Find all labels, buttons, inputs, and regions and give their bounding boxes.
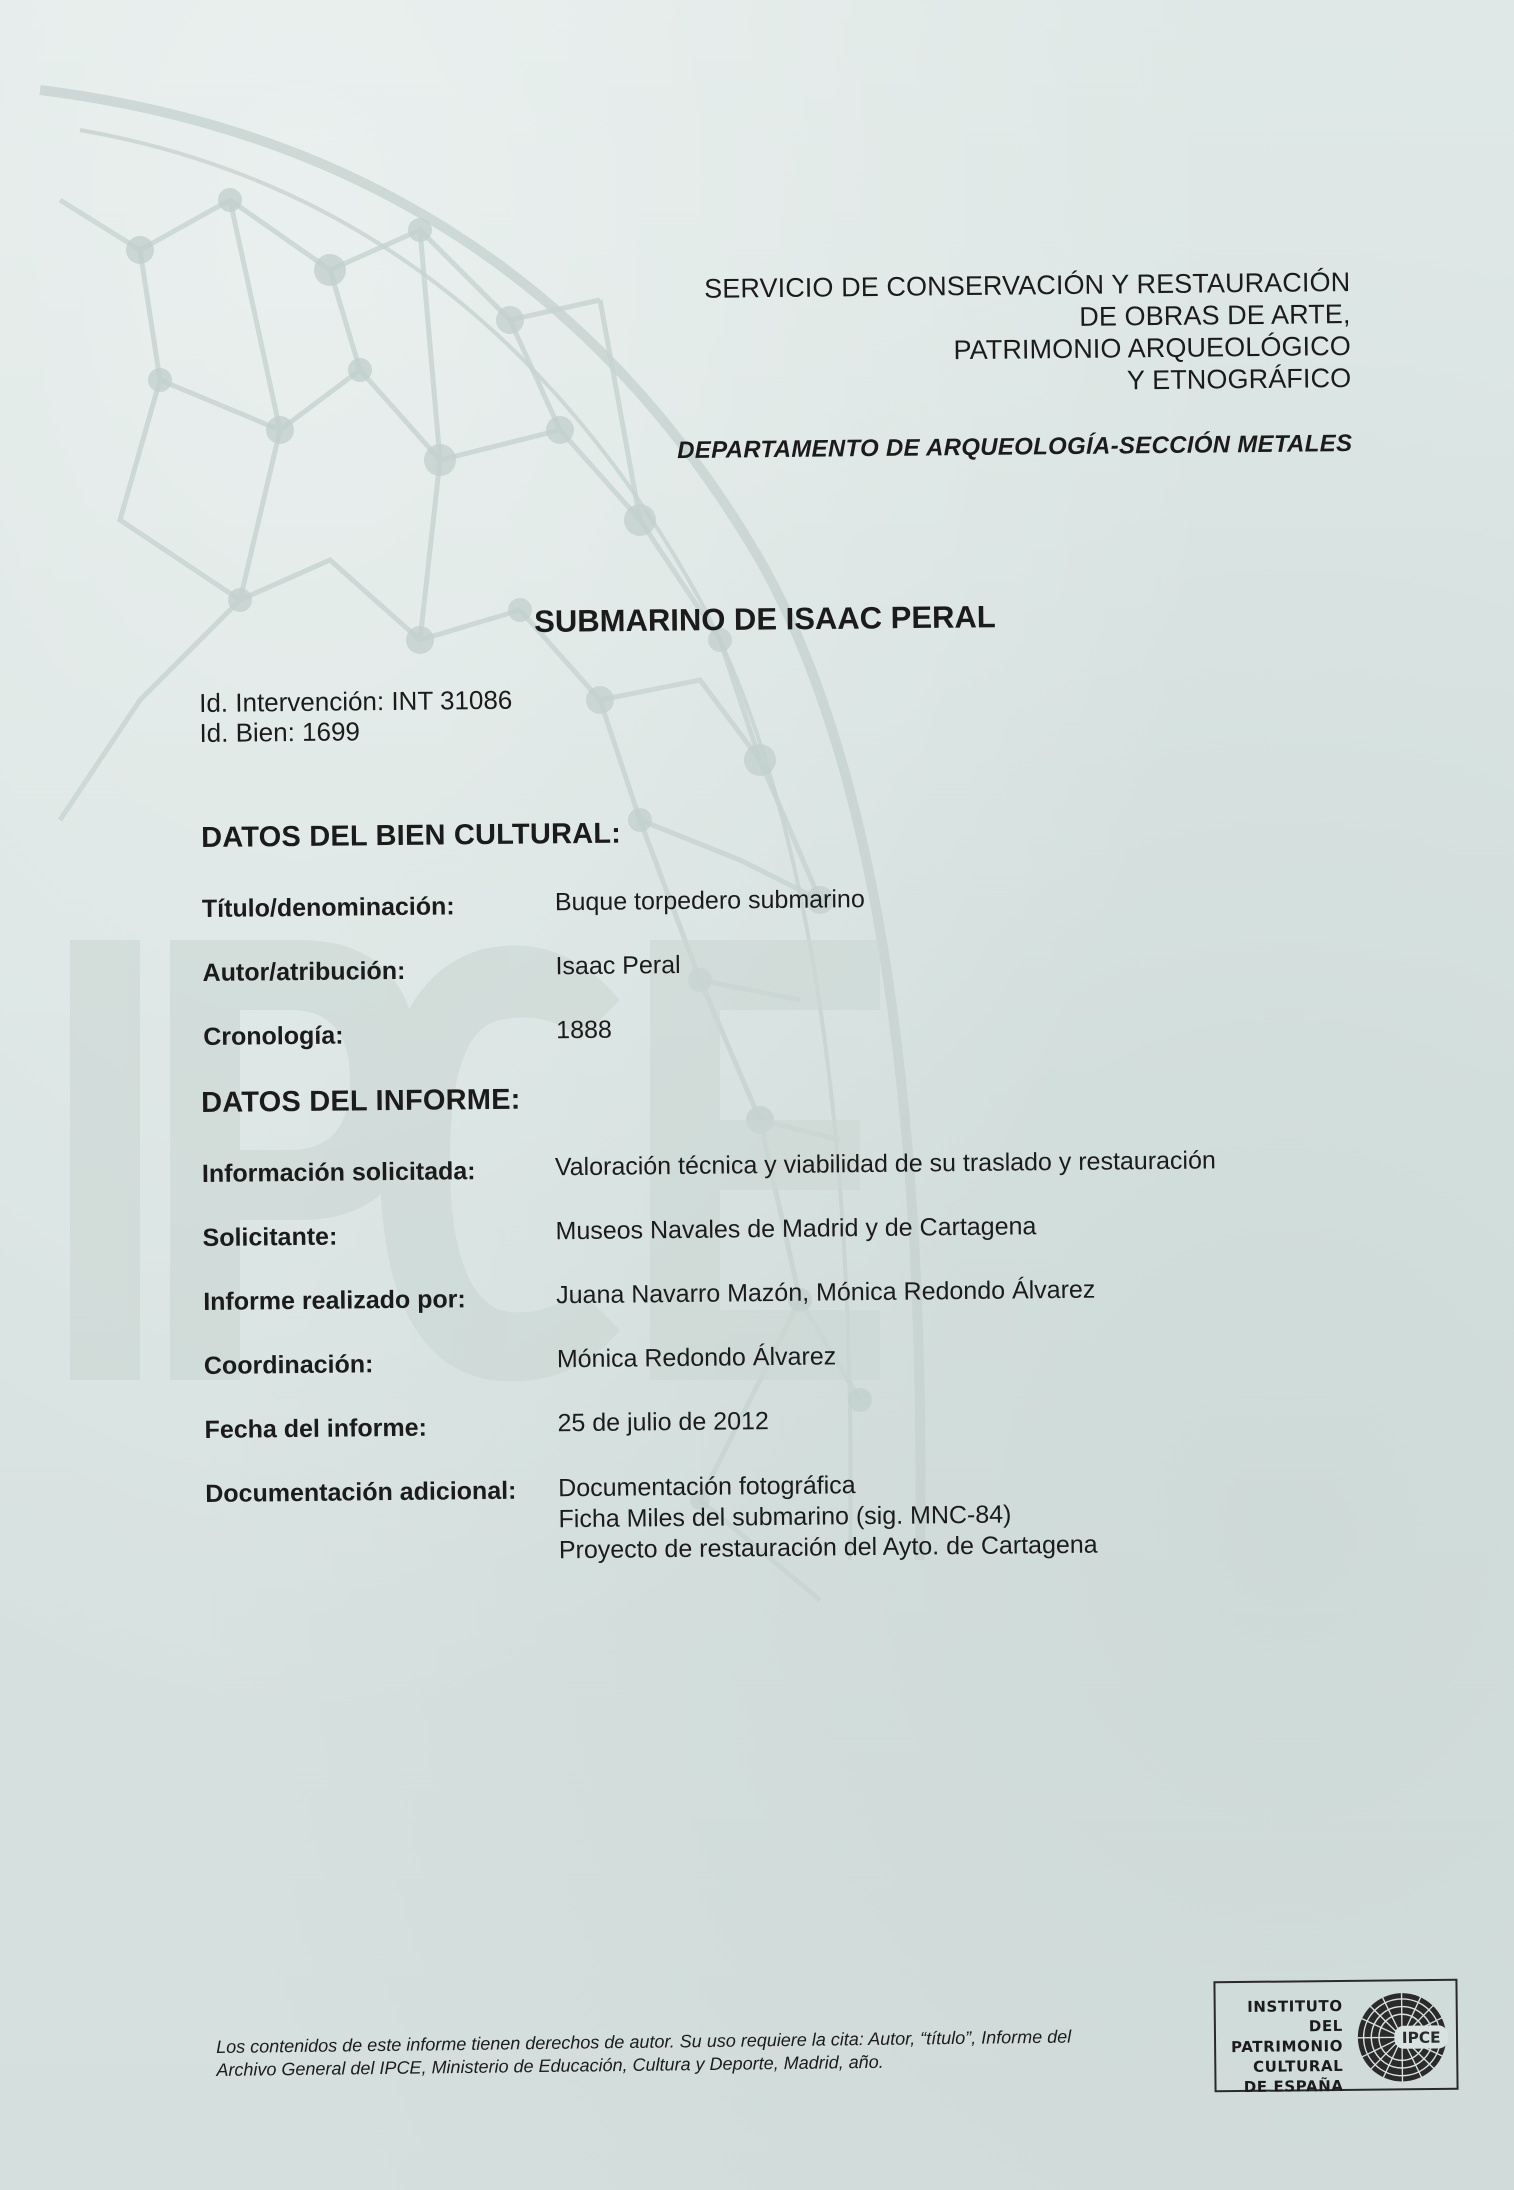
field-value: Juana Navarro Mazón, Mónica Redondo Álva…	[556, 1276, 1095, 1311]
section-heading: DATOS DEL BIEN CULTURAL:	[201, 818, 621, 855]
organization-header: SERVICIO DE CONSERVACIÓN Y RESTAURACIÓN …	[704, 266, 1351, 401]
page-title: SUBMARINO DE ISAAC PERAL	[534, 599, 996, 640]
section-informe: DATOS DEL INFORME: Información solicitad…	[201, 1084, 525, 1544]
field-coordinacion: Coordinación: Mónica Redondo Álvarez	[204, 1349, 524, 1416]
field-value: Proyecto de restauración del Ayto. de Ca…	[559, 1530, 1098, 1567]
field-autor: Autor/atribución: Isaac Peral	[202, 955, 623, 1023]
field-label: Coordinación:	[204, 1350, 374, 1381]
field-value: 25 de julio de 2012	[557, 1407, 769, 1438]
copyright-notice: Los contenidos de este informe tienen de…	[216, 2026, 1072, 2082]
field-label: Cronología:	[203, 1022, 344, 1052]
field-value: Mónica Redondo Álvarez	[557, 1342, 837, 1374]
logo-text: INSTITUTO DEL PATRIMONIO CULTURAL DE ESP…	[1216, 1996, 1344, 2097]
field-label: Información solicitada:	[202, 1157, 476, 1189]
field-label: Documentación adicional:	[205, 1477, 516, 1509]
ipce-globe-icon: IPCE	[1354, 1989, 1451, 2086]
logo-line: DE ESPAÑA	[1216, 2076, 1343, 2097]
field-value-list: Documentación fotográfica Ficha Miles de…	[558, 1468, 1098, 1567]
document-page: SERVICIO DE CONSERVACIÓN Y RESTAURACIÓN …	[0, 0, 1514, 2190]
field-informacion-solicitada: Información solicitada: Valoración técni…	[202, 1157, 522, 1224]
section-bien-cultural: DATOS DEL BIEN CULTURAL: Título/denomina…	[201, 818, 624, 1087]
logo-line: INSTITUTO DEL	[1216, 1996, 1343, 2037]
field-value: 1888	[556, 1016, 612, 1046]
department-heading: DEPARTAMENTO DE ARQUEOLOGÍA-SECCIÓN META…	[677, 430, 1352, 465]
field-cronologia: Cronología: 1888	[203, 1019, 624, 1087]
ipce-logo: INSTITUTO DEL PATRIMONIO CULTURAL DE ESP…	[1213, 1979, 1458, 2093]
field-value: Valoración técnica y viabilidad de su tr…	[555, 1146, 1216, 1182]
org-line: Y ETNOGRÁFICO	[705, 362, 1351, 401]
logo-line: CULTURAL	[1216, 2056, 1343, 2077]
field-value: Museos Navales de Madrid y de Cartagena	[555, 1212, 1036, 1246]
field-titulo: Título/denominación: Buque torpedero sub…	[202, 891, 623, 959]
asset-id: Id. Bien: 1699	[199, 715, 512, 748]
identifiers: Id. Intervención: INT 31086 Id. Bien: 16…	[199, 685, 513, 748]
svg-text:IPCE: IPCE	[1402, 2029, 1441, 2047]
section-heading: DATOS DEL INFORME:	[201, 1084, 521, 1120]
field-label: Título/denominación:	[202, 892, 455, 924]
logo-line: PATRIMONIO	[1216, 2036, 1343, 2057]
field-fecha: Fecha del informe: 25 de julio de 2012	[204, 1413, 524, 1480]
field-solicitante: Solicitante: Museos Navales de Madrid y …	[202, 1221, 522, 1288]
intervention-id: Id. Intervención: INT 31086	[199, 685, 512, 718]
field-label: Solicitante:	[202, 1223, 337, 1253]
field-label: Fecha del informe:	[204, 1414, 427, 1445]
field-label: Autor/atribución:	[202, 957, 405, 988]
field-realizado-por: Informe realizado por: Juana Navarro Maz…	[203, 1285, 523, 1352]
field-label: Informe realizado por:	[203, 1285, 466, 1317]
field-documentacion-adicional: Documentación adicional: Documentación f…	[205, 1477, 525, 1544]
field-value: Buque torpedero submarino	[555, 885, 865, 917]
field-value: Isaac Peral	[555, 951, 680, 981]
